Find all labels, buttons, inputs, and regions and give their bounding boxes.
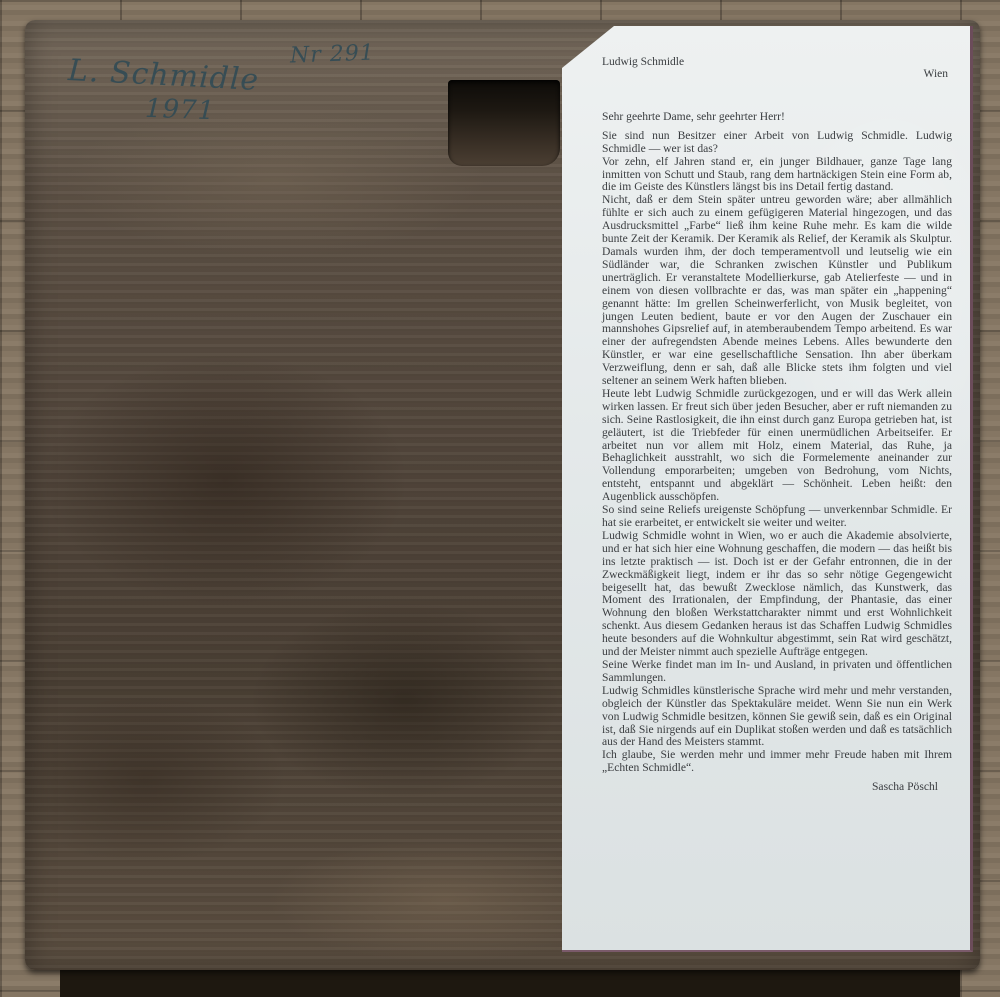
letter-paragraph: Nicht, daß er dem Stein später untreu ge… [602, 194, 952, 388]
printed-letter: Ludwig Schmidle Wien Sehr geehrte Dame, … [562, 26, 973, 952]
letter-paragraph: Seine Werke findet man im In- und Auslan… [602, 659, 952, 685]
letter-paragraph: Ludwig Schmidle wohnt in Wien, wo er auc… [602, 530, 952, 659]
letter-place: Wien [924, 68, 948, 81]
letter-paragraph: So sind seine Reliefs ureigenste Schöpfu… [602, 504, 952, 530]
letter-paragraph: Ludwig Schmidles künstlerische Sprache w… [602, 685, 952, 750]
letter-paragraph: Sie sind nun Besitzer einer Arbeit von L… [602, 130, 952, 156]
letter-sender: Ludwig Schmidle [602, 56, 684, 81]
letter-signature: Sascha Pöschl [602, 781, 938, 794]
floor-shadow-gap [60, 968, 960, 997]
letter-paragraph: Vor zehn, elf Jahren stand er, ein junge… [602, 156, 952, 195]
letter-salutation: Sehr geehrte Dame, sehr geehrter Herr! [602, 111, 952, 124]
letter-body: Ludwig Schmidle Wien Sehr geehrte Dame, … [602, 56, 952, 794]
letter-paragraph: Ich glaube, Sie werden mehr und immer me… [602, 749, 952, 775]
handwritten-number: Nr 291 [290, 41, 376, 69]
hanging-hole [448, 80, 560, 166]
letter-header: Ludwig Schmidle Wien [602, 56, 952, 81]
letter-paragraph: Heute lebt Ludwig Schmidle zurückgezogen… [602, 388, 952, 504]
handwritten-year: 1971 [144, 94, 215, 126]
